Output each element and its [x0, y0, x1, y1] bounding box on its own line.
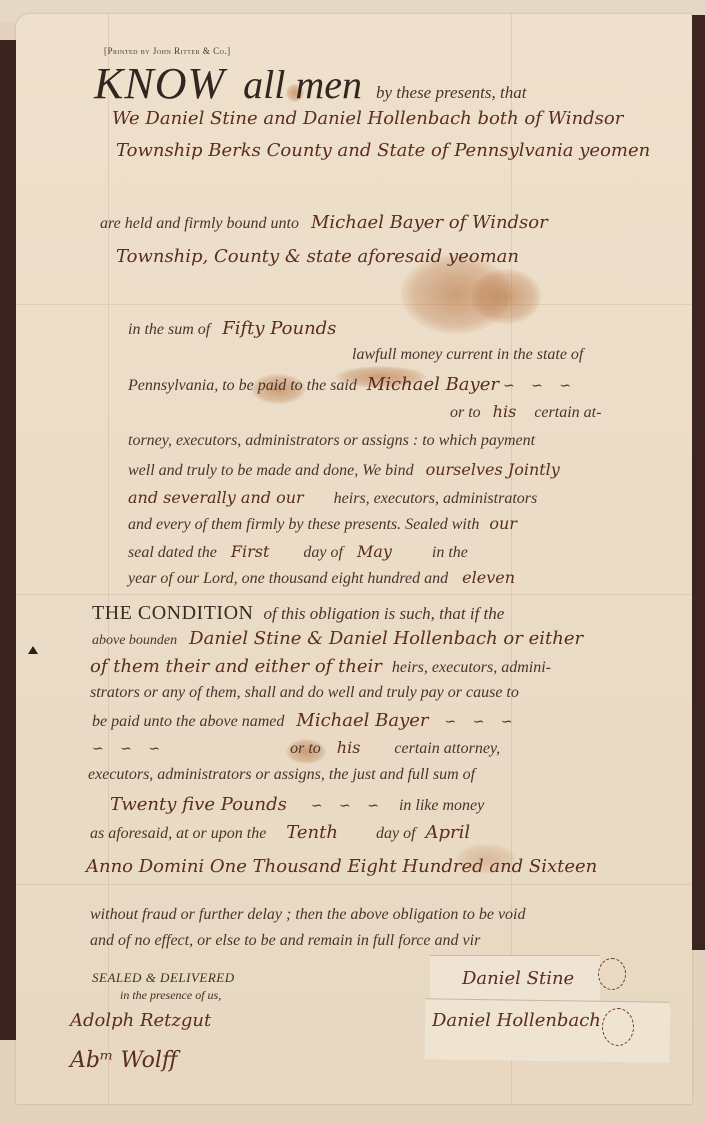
sum-amount: Fifty Pounds [222, 318, 336, 339]
bound-printed: are held and firmly bound unto [100, 215, 299, 232]
pay-name: Michael Bayer [367, 374, 499, 395]
obligors-line-1: We Daniel Stine and Daniel Hollenbach bo… [112, 108, 623, 129]
money-line: lawfull money current in the state of [352, 346, 583, 364]
seal-day-of: day of [303, 544, 343, 561]
obligors-line-2: Township Berks County and State of Penns… [116, 140, 650, 161]
condition-4-printed: be paid unto the above named [92, 713, 284, 730]
attorney-line: or to his certain at- [450, 402, 601, 422]
condition-6: executors, administrators or assigns, th… [88, 766, 475, 784]
obligee-line-2: Township, County & state aforesaid yeoma… [116, 246, 519, 267]
condition-7-printed: in like money [399, 797, 484, 814]
heading-all-men: all men [243, 62, 362, 107]
witness-signature-1: Adolph Retzgut [70, 1010, 211, 1031]
witness-signature-2: Abᵐ Wolff [70, 1048, 177, 1073]
condition-7-amount: Twenty five Pounds [110, 794, 287, 815]
fold-crease [16, 884, 692, 885]
signer-signature-1: Daniel Stine [462, 968, 574, 989]
para-1: torney, executors, administrators or ass… [128, 432, 535, 450]
sealed-delivered: SEALED & DELIVERED [92, 970, 235, 986]
condition-heading: THE CONDITION [92, 602, 253, 624]
bounden-2-printed: heirs, executors, admini- [392, 659, 551, 676]
condition-text: of this obligation is such, that if the [263, 604, 504, 623]
condition-5-printed: or to [290, 740, 321, 757]
year-line: year of our Lord, one thousand eight hun… [128, 568, 515, 588]
fold-crease [16, 304, 692, 305]
seal-month: May [357, 542, 392, 561]
pay-line: Pennsylvania, to be paid to the said Mic… [128, 374, 577, 395]
condition-4: be paid unto the above named Michael Bay… [92, 710, 519, 731]
year-printed: year of our Lord, one thousand eight hun… [128, 570, 448, 587]
bounden-2-written: of them their and either of their [90, 656, 382, 677]
condition-7: Twenty five Pounds ∽ ∽ ∽ in like money [110, 794, 484, 815]
signer-signature-2: Daniel Hollenbach [432, 1010, 601, 1031]
condition-8-day: Tenth [286, 822, 338, 843]
condition-line: THE CONDITION of this obligation is such… [92, 602, 504, 625]
condition-5-printed-b: certain attorney, [394, 740, 500, 757]
bounden-line: above bounden Daniel Stine & Daniel Holl… [92, 628, 583, 649]
heading-tail: by these presents, that [376, 83, 526, 102]
bounden-names: Daniel Stine & Daniel Hollenbach or eith… [189, 628, 583, 649]
seal-date-printed: seal dated the [128, 544, 217, 561]
bounden-printed: above bounden [92, 633, 177, 648]
attorney-printed-b: certain at- [534, 404, 601, 421]
bounden-line-2: of them their and either of their heirs,… [90, 656, 551, 677]
attorney-printed: or to [450, 404, 481, 421]
flourish: ∽ ∽ ∽ [92, 741, 166, 757]
condition-8-month: April [426, 822, 471, 843]
flourish: ∽ ∽ ∽ [503, 378, 577, 394]
condition-8-printed: as aforesaid, at or upon the [90, 825, 266, 842]
condition-8: as aforesaid, at or upon the Tenth day o… [90, 822, 470, 843]
para-3: and severally and our heirs, executors, … [128, 488, 537, 508]
printer-credit: [Printed by John Ritter & Co.] [104, 46, 231, 56]
para-3-printed: heirs, executors, administrators [334, 490, 538, 507]
sum-printed: in the sum of [128, 321, 210, 338]
condition-8-day-of: day of [376, 825, 416, 842]
flourish: ∽ ∽ ∽ [445, 714, 519, 730]
para-4-printed: and every of them firmly by these presen… [128, 516, 479, 533]
closing-2: and of no effect, or else to be and rema… [90, 932, 480, 950]
condition-5: ∽ ∽ ∽ or to his certain attorney, [92, 738, 500, 758]
fold-crease [511, 14, 512, 1104]
attorney-his: his [493, 402, 517, 421]
pay-printed: Pennsylvania, to be paid to the said [128, 377, 357, 394]
wax-seal-mark [602, 1008, 634, 1046]
closing-1: without fraud or further delay ; then th… [90, 906, 526, 924]
condition-9-year: Anno Domini One Thousand Eight Hundred a… [86, 856, 597, 877]
seal-day: First [231, 542, 270, 561]
para-2: well and truly to be made and done, We b… [128, 460, 560, 480]
sum-line: in the sum of Fifty Pounds [128, 318, 336, 339]
bound-line: are held and firmly bound unto Michael B… [100, 212, 548, 233]
para-2-written: ourselves Jointly [426, 460, 560, 479]
condition-4-name: Michael Bayer [296, 710, 428, 731]
heading-know: KNOW [94, 59, 225, 108]
fold-crease [16, 594, 692, 595]
condition-3: strators or any of them, shall and do we… [90, 684, 519, 702]
obligee-name: Michael Bayer of Windsor [311, 212, 548, 233]
condition-5-his: his [337, 738, 361, 757]
para-4: and every of them firmly by these presen… [128, 514, 517, 534]
para-3-written: and severally and our [128, 488, 304, 507]
tack-mark [28, 646, 38, 654]
seal-in-the: in the [432, 544, 468, 561]
water-stain [471, 269, 541, 324]
para-4-written: our [489, 514, 517, 533]
flourish: ∽ ∽ ∽ [311, 798, 385, 814]
year-written: eleven [462, 568, 515, 587]
seal-date-line: seal dated the First day of May in the [128, 542, 468, 562]
heading: KNOW all men by these presents, that [94, 58, 526, 109]
in-presence: in the presence of us, [120, 988, 221, 1003]
para-2-printed: well and truly to be made and done, We b… [128, 462, 414, 479]
wax-seal-mark [598, 958, 626, 990]
